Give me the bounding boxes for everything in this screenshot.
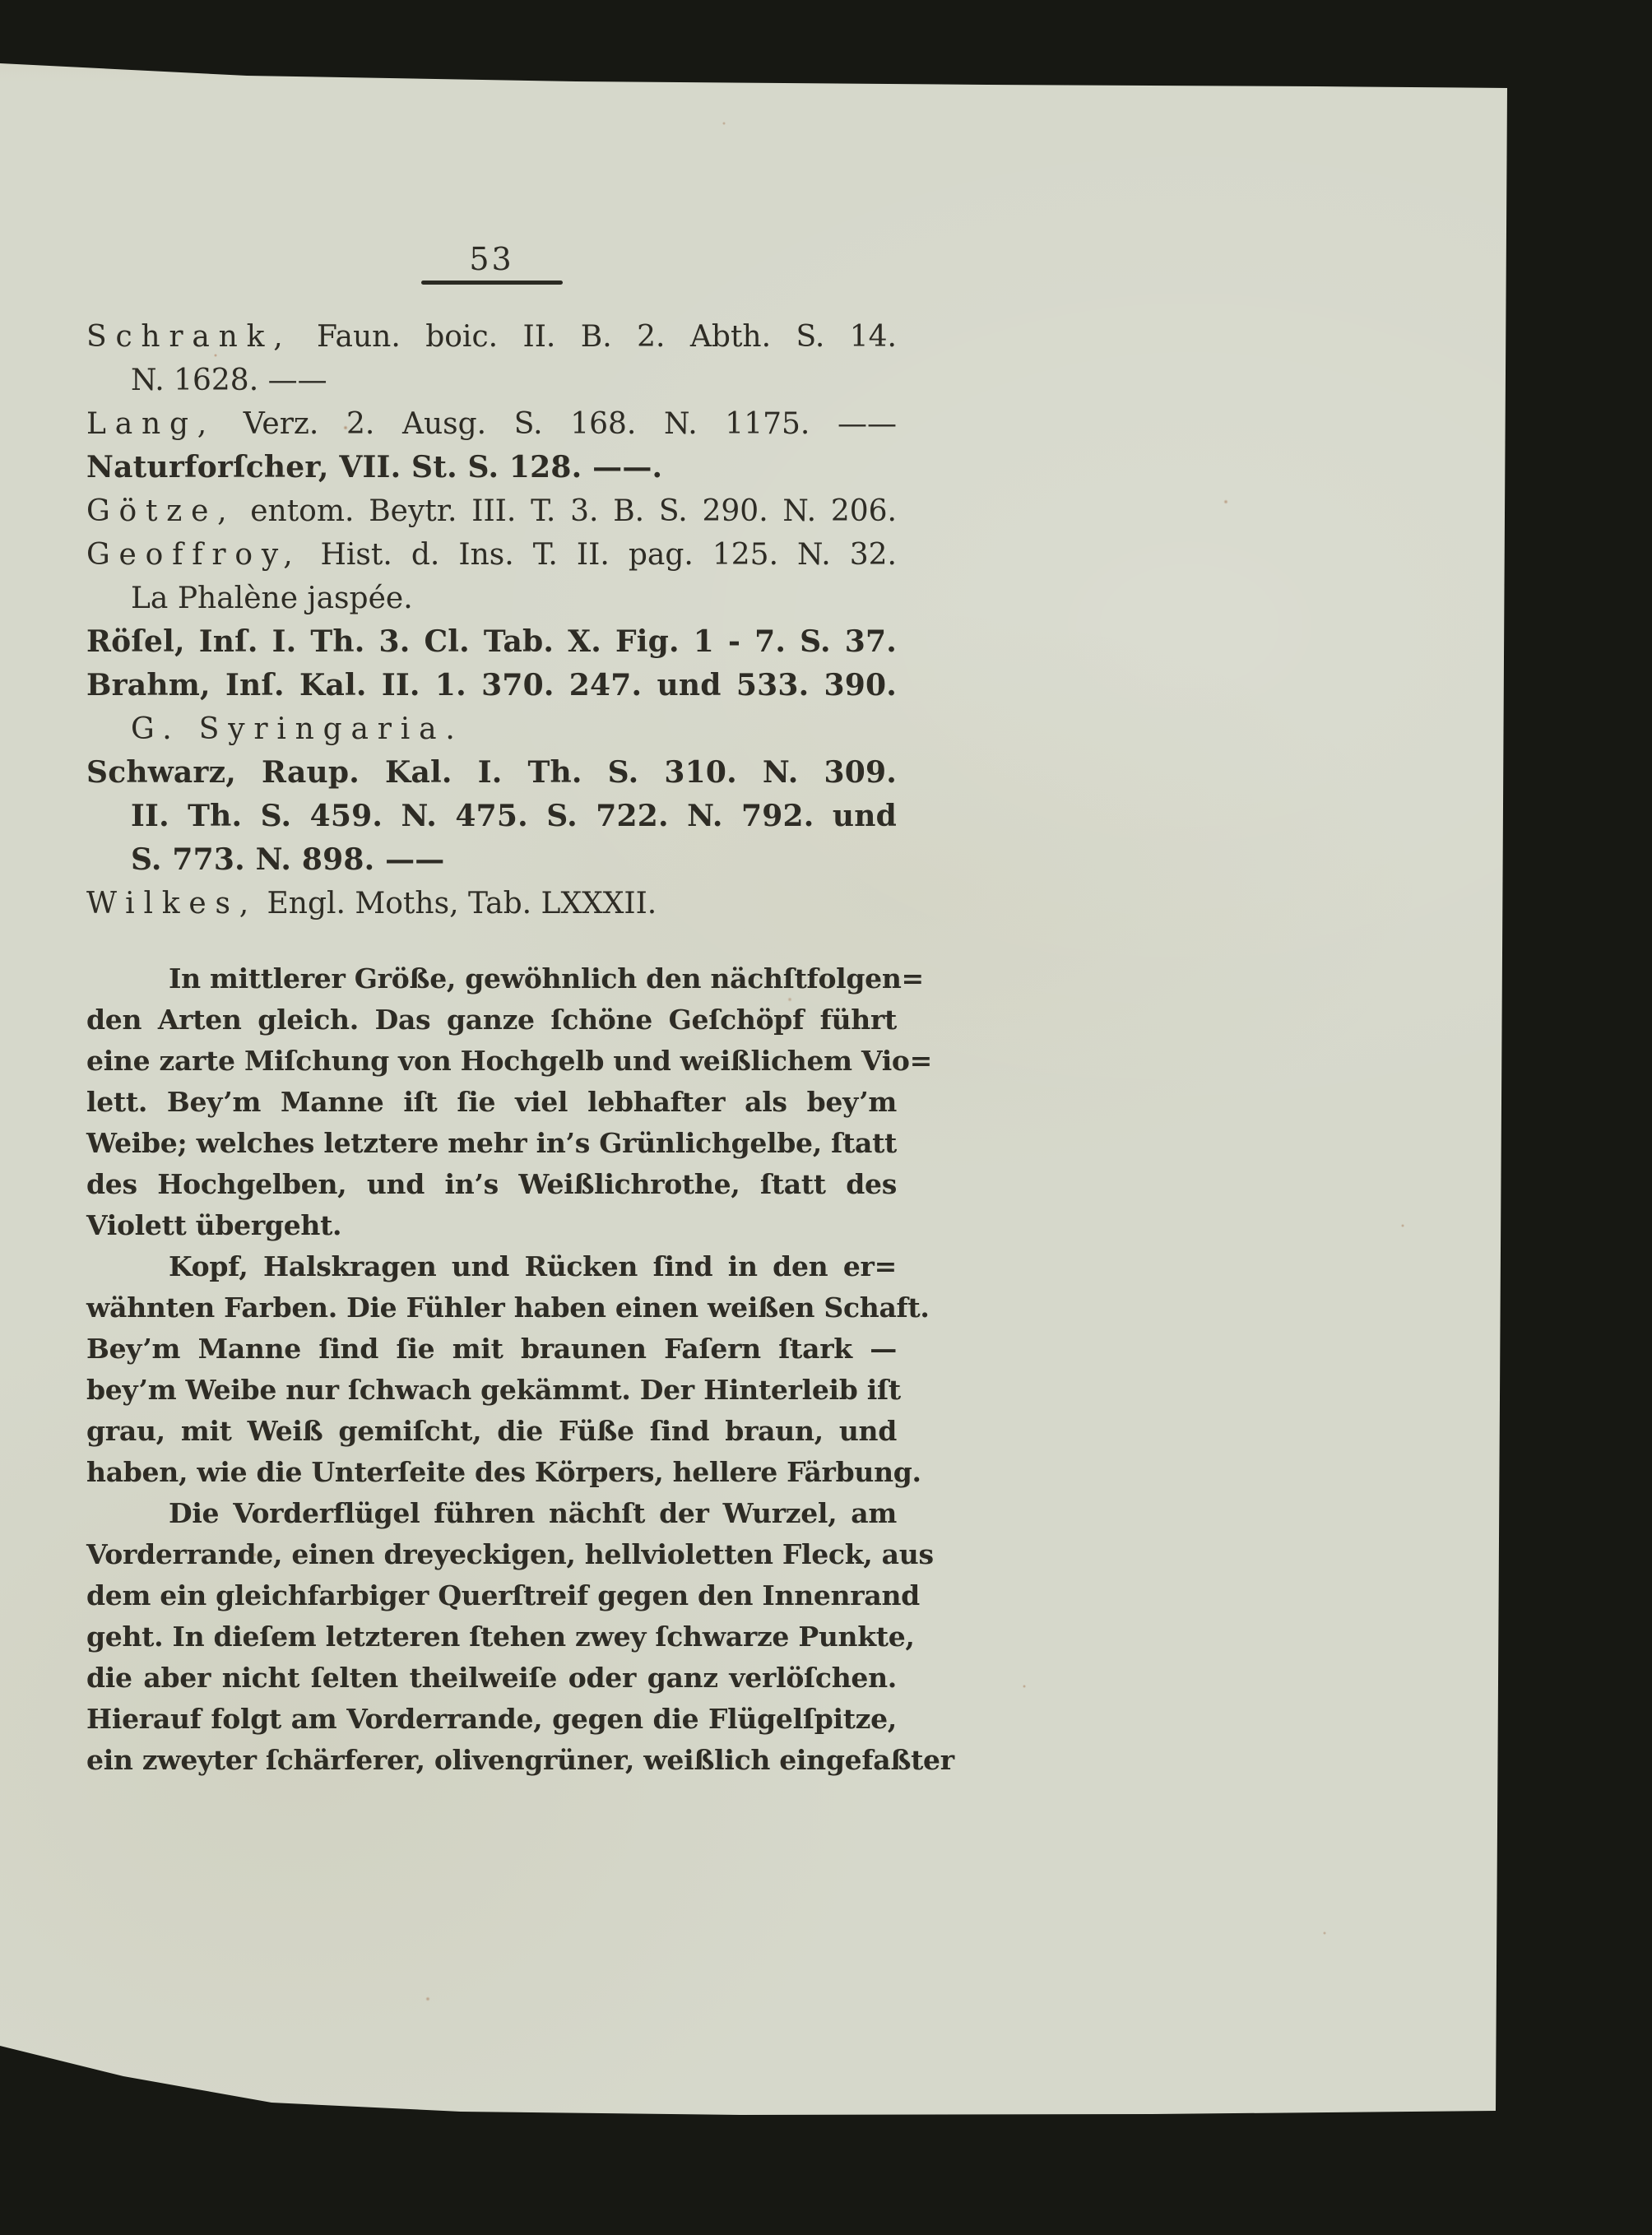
body-line: lett. Bey’m Manne iſt ſie viel lebhafter… bbox=[86, 1082, 897, 1123]
body-line: ein zweyter ſchärferer, olivengrüner, we… bbox=[86, 1740, 897, 1781]
body-line: bey’m Weibe nur ſchwach gekämmt. Der Hin… bbox=[86, 1370, 897, 1411]
body-line: wähnten Farben. Die Fühler haben einen w… bbox=[86, 1287, 897, 1328]
body-line: Hierauf folgt am Vorderrande, gegen die … bbox=[86, 1699, 897, 1740]
reference-list: Schrank, Faun. boic. II. B. 2. Abth. S. … bbox=[86, 315, 897, 925]
reference-line: Geoffroy, Hist. d. Ins. T. II. pag. 125.… bbox=[86, 533, 897, 577]
body-paragraph: Kopf, Halskragen und Rücken ſind in den … bbox=[86, 1246, 897, 1493]
reference-author: Schrank, bbox=[86, 320, 292, 354]
reference-line: N. 1628. —— bbox=[86, 359, 897, 402]
body-line: dem ein gleichfarbiger Querſtreif gegen … bbox=[86, 1575, 897, 1616]
page-header: 53 bbox=[86, 240, 897, 285]
reference-author: Wilkes, bbox=[86, 887, 258, 920]
body-line: grau, mit Weiß gemiſcht, die Füße ſind b… bbox=[86, 1411, 897, 1452]
reference-text: II. Th. S. 459. N. 475. S. 722. N. 792. … bbox=[131, 799, 897, 833]
body-line: In mittlerer Größe, gewöhnlich den nächſ… bbox=[86, 958, 897, 999]
body-paragraph: In mittlerer Größe, gewöhnlich den nächſ… bbox=[86, 958, 897, 1246]
reference-line: Schrank, Faun. boic. II. B. 2. Abth. S. … bbox=[86, 315, 897, 359]
page-content: 53 Schrank, Faun. boic. II. B. 2. Abth. … bbox=[86, 240, 897, 1781]
scanned-book-page: 53 Schrank, Faun. boic. II. B. 2. Abth. … bbox=[0, 0, 1652, 2235]
body-line: die aber nicht ſelten theilweiſe oder ga… bbox=[86, 1658, 897, 1699]
body-line: Violett übergeht. bbox=[86, 1205, 897, 1246]
reference-line: Schwarz, Raup. Kal. I. Th. S. 310. N. 30… bbox=[86, 751, 897, 795]
reference-text: Raup. Kal. I. Th. S. 310. N. 309. bbox=[236, 755, 897, 790]
page-number: 53 bbox=[469, 240, 513, 278]
reference-text: Inſ. I. Th. 3. Cl. Tab. X. Fig. 1 - 7. S… bbox=[185, 624, 897, 659]
body-line: eine zarte Miſchung von Hochgelb und wei… bbox=[86, 1041, 897, 1082]
body-line: Die Vorderflügel führen nächſt der Wurze… bbox=[86, 1493, 897, 1534]
reference-text: S. 773. N. 898. —— bbox=[131, 842, 444, 877]
reference-line: II. Th. S. 459. N. 475. S. 722. N. 792. … bbox=[86, 795, 897, 838]
body-line: Bey’m Manne ſind ſie mit braunen Faſern … bbox=[86, 1328, 897, 1370]
reference-author: Lang, bbox=[86, 407, 216, 441]
reference-text: VII. St. S. 128. ——. bbox=[329, 450, 663, 485]
reference-text: Engl. Moths, Tab. LXXXII. bbox=[258, 887, 657, 920]
reference-line: La Phalène jaspée. bbox=[86, 577, 897, 620]
reference-author: Geoffroy, bbox=[86, 538, 301, 572]
reference-line: Röſel, Inſ. I. Th. 3. Cl. Tab. X. Fig. 1… bbox=[86, 620, 897, 664]
reference-line: Naturforſcher, VII. St. S. 128. ——. bbox=[86, 446, 897, 489]
reference-author: Brahm, bbox=[86, 668, 211, 702]
body-line: Weibe; welches letztere mehr in’s Grünli… bbox=[86, 1123, 897, 1164]
body-line: des Hochgelben, und in’s Weißlichrothe, … bbox=[86, 1164, 897, 1205]
reference-author: Götze, bbox=[86, 494, 235, 528]
reference-text: La Phalène jaspée. bbox=[131, 582, 413, 615]
reference-line: Brahm, Inſ. Kal. II. 1. 370. 247. und 53… bbox=[86, 664, 897, 707]
reference-author: Röſel, bbox=[86, 624, 185, 659]
body-line: den Arten gleich. Das ganze ſchöne Geſch… bbox=[86, 999, 897, 1041]
body-line: Vorderrande, einen dreyeckigen, hellviol… bbox=[86, 1534, 897, 1575]
reference-author: Naturforſcher, bbox=[86, 450, 329, 485]
reference-author: Schwarz, bbox=[86, 755, 236, 790]
reference-line: G. Syringaria. bbox=[86, 707, 897, 751]
body-line: Kopf, Halskragen und Rücken ſind in den … bbox=[86, 1246, 897, 1287]
reference-line: Wilkes, Engl. Moths, Tab. LXXXII. bbox=[86, 882, 897, 925]
reference-text: Hist. d. Ins. T. II. pag. 125. N. 32. bbox=[301, 538, 897, 572]
reference-line: S. 773. N. 898. —— bbox=[86, 838, 897, 882]
page-number-rule bbox=[421, 281, 563, 285]
reference-text: Verz. 2. Ausg. S. 168. N. 1175. —— bbox=[216, 407, 897, 441]
reference-text: Faun. boic. II. B. 2. Abth. S. 14. bbox=[292, 320, 897, 354]
reference-text: entom. Beytr. III. T. 3. B. S. 290. N. 2… bbox=[235, 494, 897, 528]
description-text: In mittlerer Größe, gewöhnlich den nächſ… bbox=[86, 958, 897, 1781]
reference-line: Götze, entom. Beytr. III. T. 3. B. S. 29… bbox=[86, 489, 897, 533]
body-line: geht. In dieſem letzteren ſtehen zwey ſc… bbox=[86, 1616, 897, 1658]
body-line: haben, wie die Unterſeite des Körpers, h… bbox=[86, 1452, 897, 1493]
page-paper: 53 Schrank, Faun. boic. II. B. 2. Abth. … bbox=[0, 0, 1652, 2235]
reference-text: Inſ. Kal. II. 1. 370. 247. und 533. 390. bbox=[211, 668, 897, 702]
reference-line: Lang, Verz. 2. Ausg. S. 168. N. 1175. —— bbox=[86, 402, 897, 446]
reference-author: G. Syringaria. bbox=[131, 712, 464, 746]
reference-text: N. 1628. —— bbox=[131, 364, 327, 397]
body-paragraph: Die Vorderflügel führen nächſt der Wurze… bbox=[86, 1493, 897, 1781]
